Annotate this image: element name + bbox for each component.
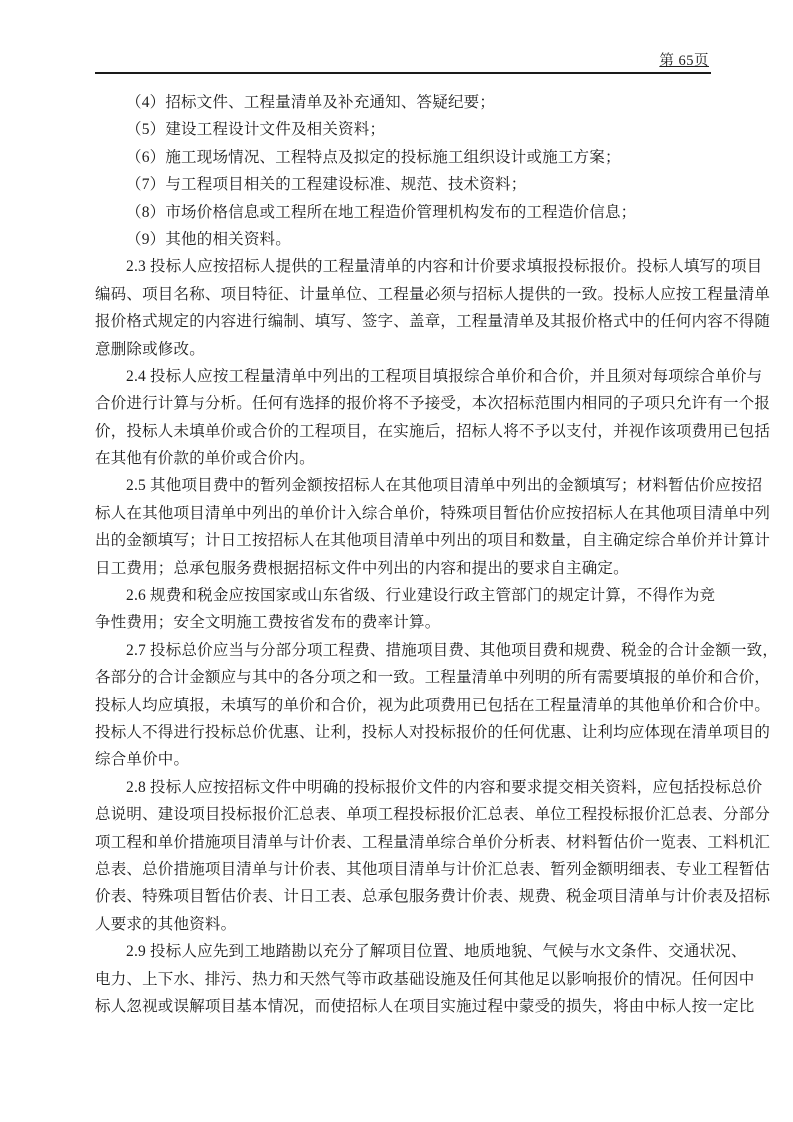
paragraph-line: 合价进行计算与分析。任何有选择的报价将不予接受，本次招标范围内相同的子项只允许有… — [95, 390, 711, 417]
paragraph-line: 总表、总价措施项目清单与计价表、其他项目清单与计价汇总表、暂列金额明细表、专业工… — [95, 856, 711, 883]
paragraph-line: 日工费用；总承包服务费根据招标文件中列出的内容和提出的要求自主确定。 — [95, 555, 711, 582]
list-item: （6）施工现场情况、工程特点及拟定的投标施工组织设计或施工方案； — [95, 144, 711, 171]
paragraph-line: 2.4 投标人应按工程量清单中列出的工程项目填报综合单价和合价，并且须对每项综合… — [95, 363, 711, 390]
list-item: （4）招标文件、工程量清单及补充通知、答疑纪要； — [95, 89, 711, 116]
paragraph-line: 编码、项目名称、项目特征、计量单位、工程量必须与招标人提供的一致。投标人应按工程… — [95, 281, 711, 308]
paragraph-line: 2.5 其他项目费中的暂列金额按招标人在其他项目清单中列出的金额填写；材料暂估价… — [95, 472, 711, 499]
paragraph-line: 标人忽视或误解项目基本情况，而使招标人在项目实施过程中蒙受的损失，将由中标人按一… — [95, 993, 711, 1020]
paragraph-line: 投标人不得进行投标总价优惠、让利，投标人对投标报价的任何优惠、让利均应体现在清单… — [95, 719, 711, 746]
paragraph-line: 各部分的合计金额应与其中的各分项之和一致。工程量清单中列明的所有需要填报的单价和… — [95, 664, 711, 691]
page-header: 第 65页 — [95, 0, 711, 74]
paragraph-2-5: 2.5 其他项目费中的暂列金额按招标人在其他项目清单中列出的金额填写；材料暂估价… — [95, 472, 711, 582]
paragraph-2-6: 2.6 规费和税金应按国家或山东省级、行业建设行政主管部门的规定计算，不得作为竞… — [95, 582, 711, 637]
paragraph-2-3: 2.3 投标人应按招标人提供的工程量清单的内容和计价要求填报投标报价。投标人填写… — [95, 253, 711, 363]
paragraph-line: 综合单价中。 — [95, 746, 711, 773]
paragraph-line: 2.9 投标人应先到工地踏勘以充分了解项目位置、地质地貌、气候与水文条件、交通状… — [95, 938, 711, 965]
paragraph-line: 2.8 投标人应按招标文件中明确的投标报价文件的内容和要求提交相关资料，应包括投… — [95, 774, 711, 801]
list-item: （5）建设工程设计文件及相关资料； — [95, 116, 711, 143]
paragraph-line: 争性费用；安全文明施工费按省发布的费率计算。 — [95, 609, 711, 636]
paragraph-line: 出的金额填写；计日工按招标人在其他项目清单中列出的项目和数量，自主确定综合单价并… — [95, 527, 711, 554]
paragraph-line: 投标人均应填报，未填写的单价和合价，视为此项费用已包括在工程量清单的其他单价和合… — [95, 692, 711, 719]
paragraph-line: 2.7 投标总价应当与分部分项工程费、措施项目费、其他项目费和规费、税金的合计金… — [95, 637, 711, 664]
paragraph-line: 标人在其他项目清单中列出的单价计入综合单价，特殊项目暂估价应按招标人在其他项目清… — [95, 500, 711, 527]
paragraph-line: 项工程和单价措施项目清单与计价表、工程量清单综合单价分析表、材料暂估价一览表、工… — [95, 829, 711, 856]
list-item: （8）市场价格信息或工程所在地工程造价管理机构发布的工程造价信息； — [95, 199, 711, 226]
list-item: （9）其他的相关资料。 — [95, 226, 711, 253]
paragraph-line: 在其他有价款的单价或合价内。 — [95, 445, 711, 472]
document-page: 第 65页 （4）招标文件、工程量清单及补充通知、答疑纪要； （5）建设工程设计… — [0, 0, 793, 1122]
paragraph-line: 2.3 投标人应按招标人提供的工程量清单的内容和计价要求填报投标报价。投标人填写… — [95, 253, 711, 280]
paragraph-2-7: 2.7 投标总价应当与分部分项工程费、措施项目费、其他项目费和规费、税金的合计金… — [95, 637, 711, 774]
paragraph-2-9: 2.9 投标人应先到工地踏勘以充分了解项目位置、地质地貌、气候与水文条件、交通状… — [95, 938, 711, 1020]
paragraph-line: 人要求的其他资料。 — [95, 911, 711, 938]
paragraph-line: 价表、特殊项目暂估价表、计日工表、总承包服务费计价表、规费、税金项目清单与计价表… — [95, 883, 711, 910]
paragraph-line: 意删除或修改。 — [95, 336, 711, 363]
paragraph-line: 总说明、建设项目投标报价汇总表、单项工程投标报价汇总表、单位工程投标报价汇总表、… — [95, 801, 711, 828]
page-number: 第 65页 — [659, 49, 709, 70]
paragraph-2-4: 2.4 投标人应按工程量清单中列出的工程项目填报综合单价和合价，并且须对每项综合… — [95, 363, 711, 473]
list-item: （7）与工程项目相关的工程建设标准、规范、技术资料； — [95, 171, 711, 198]
paragraph-line: 价，投标人未填单价或合价的工程项目，在实施后，招标人将不予以支付，并视作该项费用… — [95, 418, 711, 445]
document-body: （4）招标文件、工程量清单及补充通知、答疑纪要； （5）建设工程设计文件及相关资… — [95, 89, 711, 1020]
paragraph-line: 报价格式规定的内容进行编制、填写、签字、盖章，工程量清单及其报价格式中的任何内容… — [95, 308, 711, 335]
paragraph-2-8: 2.8 投标人应按招标文件中明确的投标报价文件的内容和要求提交相关资料，应包括投… — [95, 774, 711, 938]
paragraph-line: 2.6 规费和税金应按国家或山东省级、行业建设行政主管部门的规定计算，不得作为竞 — [95, 582, 711, 609]
paragraph-line: 电力、上下水、排污、热力和天然气等市政基础设施及任何其他足以影响报价的情况。任何… — [95, 966, 711, 993]
